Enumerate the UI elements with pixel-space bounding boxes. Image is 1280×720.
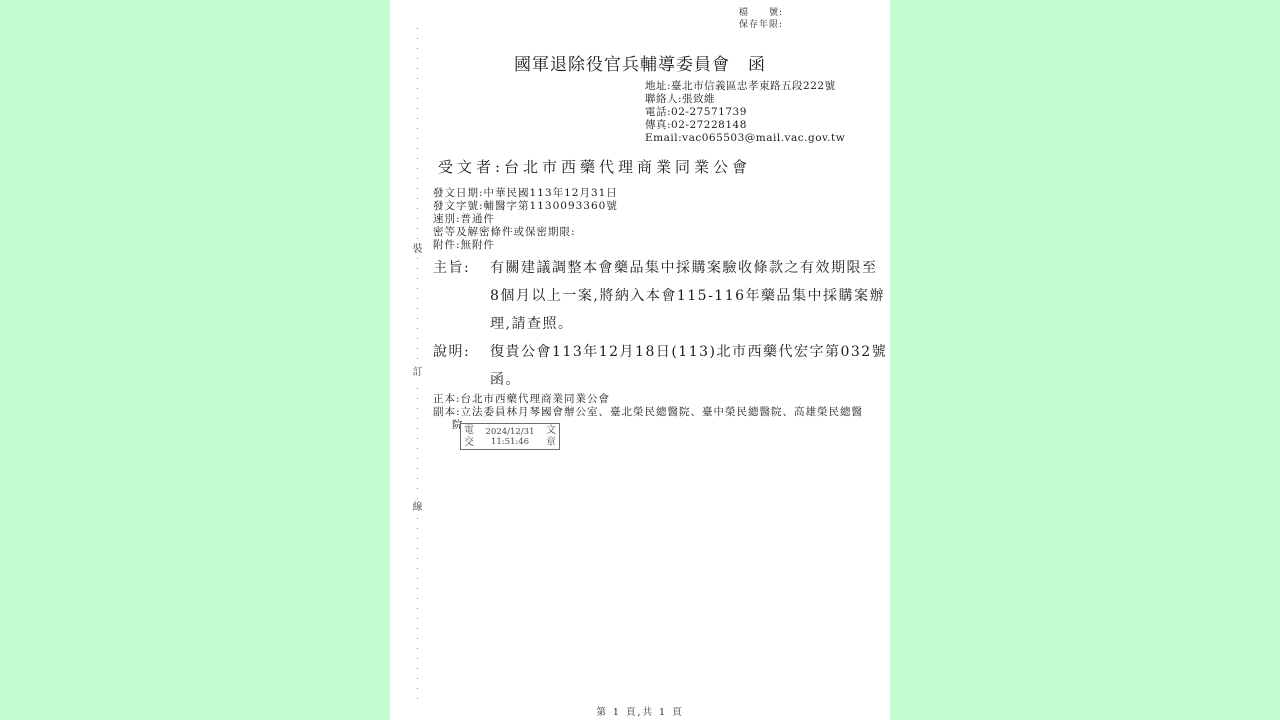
text-line: 密等及解密條件或保密期限: bbox=[433, 226, 618, 239]
carbon-copy-line: 副本:立法委員林月琴國會辦公室、臺北榮民總醫院、臺中榮民總醫院、高雄榮民總醫 bbox=[433, 406, 863, 419]
description-label: 說明: bbox=[433, 338, 490, 394]
stamp-datetime: 2024/12/31 11:51:46 bbox=[486, 425, 535, 448]
text-line: 聯絡人:張致維 bbox=[645, 93, 845, 106]
subject-label: 主旨: bbox=[433, 254, 490, 338]
text-line: 8個月以上一案,將納入本會115-116年藥品集中採購案辦 bbox=[490, 282, 885, 310]
viewer-background: 檔 號: 保存年限: 國軍退除役官兵輔導委員會 函 地址:臺北市信義區忠孝東路五… bbox=[0, 0, 1280, 720]
text-line: 附件:無附件 bbox=[433, 239, 618, 252]
subject-section: 主旨: 有關建議調整本會藥品集中採購案驗收條款之有效期限至8個月以上一案,將納入… bbox=[433, 254, 885, 338]
recipient-line: 受文者:台北市西藥代理商業同業公會 bbox=[438, 156, 751, 177]
binding-mark-ding: 訂 bbox=[411, 366, 424, 380]
binding-mark-xian: 線 bbox=[411, 501, 424, 515]
subject-text: 有關建議調整本會藥品集中採購案驗收條款之有效期限至8個月以上一案,將納入本會11… bbox=[490, 254, 885, 338]
text-line: 有關建議調整本會藥品集中採購案驗收條款之有效期限至 bbox=[490, 254, 885, 282]
text-line: 函。 bbox=[490, 366, 887, 394]
stamp-char-jiao: 交 bbox=[464, 437, 474, 448]
text-line: 復貴公會113年12月18日(113)北市西藥代宏字第032號 bbox=[490, 338, 887, 366]
binding-mark-zhuang: 裝 bbox=[411, 243, 424, 257]
retention-period-label: 保存年限: bbox=[739, 20, 783, 32]
file-number-block: 檔 號: 保存年限: bbox=[739, 8, 783, 31]
page-number-footer: 第 1 頁,共 1 頁 bbox=[390, 704, 890, 718]
text-line: 發文日期:中華民國113年12月31日 bbox=[433, 187, 618, 200]
text-line: Email:vac065503@mail.vac.gov.tw bbox=[645, 132, 845, 145]
stamp-date: 2024/12/31 bbox=[486, 427, 535, 437]
stamp-right-characters: 文 章 bbox=[546, 425, 556, 448]
text-line: 發文字號:輔醫字第1130093360號 bbox=[433, 200, 618, 213]
text-line: 傳真:02-27228148 bbox=[645, 119, 845, 132]
description-text: 復貴公會113年12月18日(113)北市西藥代宏字第032號函。 bbox=[490, 338, 887, 394]
text-line: 地址:臺北市信義區忠孝東路五段222號 bbox=[645, 80, 845, 93]
description-section: 說明: 復貴公會113年12月18日(113)北市西藥代宏字第032號函。 bbox=[433, 338, 887, 394]
text-line: 理,請查照。 bbox=[490, 310, 885, 338]
text-line: 速別:普通件 bbox=[433, 213, 618, 226]
stamp-time: 11:51:46 bbox=[491, 437, 529, 447]
electronic-exchange-stamp: 電 交 2024/12/31 11:51:46 文 章 bbox=[460, 423, 560, 450]
stamp-left-characters: 電 交 bbox=[464, 425, 474, 448]
document-title: 國軍退除役官兵輔導委員會 函 bbox=[390, 50, 890, 75]
document-page: 檔 號: 保存年限: 國軍退除役官兵輔導委員會 函 地址:臺北市信義區忠孝東路五… bbox=[390, 0, 890, 720]
document-meta-block: 發文日期:中華民國113年12月31日發文字號:輔醫字第1130093360號速… bbox=[433, 187, 618, 252]
stamp-char-dian: 電 bbox=[464, 425, 474, 436]
sender-contact-block: 地址:臺北市信義區忠孝東路五段222號聯絡人:張致維電話:02-27571739… bbox=[645, 80, 845, 145]
stamp-char-wen: 文 bbox=[546, 425, 556, 436]
file-number-label: 檔 號: bbox=[739, 8, 783, 20]
stamp-char-zhang: 章 bbox=[546, 437, 556, 448]
original-copy-line: 正本:台北市西藥代理商業同業公會 bbox=[433, 393, 610, 406]
text-line: 電話:02-27571739 bbox=[645, 106, 845, 119]
